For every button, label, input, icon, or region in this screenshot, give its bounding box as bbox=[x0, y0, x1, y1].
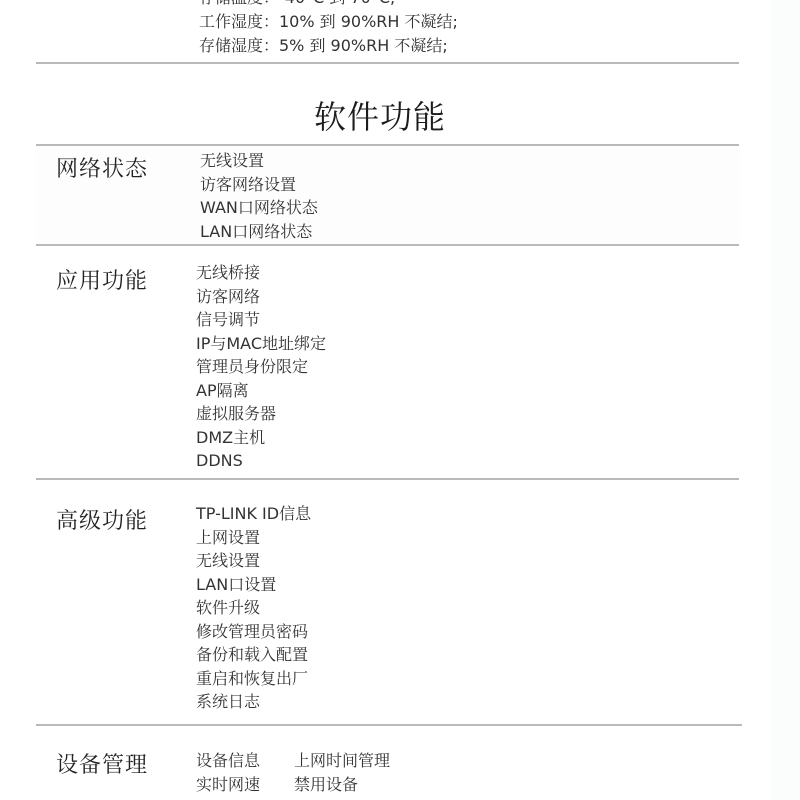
section-network-status: 网络状态 无线设置 访客网络设置 WAN口网络状态 LAN口网络状态 bbox=[36, 146, 740, 244]
section-label: 应用功能 bbox=[56, 264, 148, 295]
list-item: 无线设置 bbox=[196, 549, 311, 573]
section-label: 设备管理 bbox=[56, 748, 148, 779]
section-label: 高级功能 bbox=[56, 504, 148, 535]
page-heading: 软件功能 bbox=[0, 92, 760, 138]
list-item: 设备信息 bbox=[196, 749, 294, 773]
list-item: LAN口设置 bbox=[196, 573, 311, 597]
list-item: 管理员身份限定 bbox=[196, 355, 326, 379]
list-item: 无线设置 bbox=[200, 149, 318, 173]
spec-operating-humidity: 工作湿度：10% 到 90%RH 不凝结; bbox=[199, 10, 458, 34]
list-item: LAN口网络状态 bbox=[200, 220, 318, 244]
divider bbox=[36, 62, 739, 64]
section-device-management: 设备管理 设备信息 上网时间管理 实时网速 禁用设备 bbox=[36, 726, 740, 800]
section-items: 无线设置 访客网络设置 WAN口网络状态 LAN口网络状态 bbox=[200, 149, 318, 243]
list-item: 实时网速 bbox=[196, 773, 294, 797]
list-item: 上网时间管理 bbox=[294, 749, 390, 773]
environment-specs: 存储温度：-40°C 到 70°C; 工作湿度：10% 到 90%RH 不凝结;… bbox=[199, 0, 458, 58]
section-items: 设备信息 上网时间管理 实时网速 禁用设备 bbox=[196, 749, 390, 796]
list-item: WAN口网络状态 bbox=[200, 196, 318, 220]
list-item: TP-LINK ID信息 bbox=[196, 502, 311, 526]
section-items: 无线桥接 访客网络 信号调节 IP与MAC地址绑定 管理员身份限定 AP隔离 虚… bbox=[196, 261, 326, 473]
list-item: 禁用设备 bbox=[294, 773, 390, 797]
list-item: 虚拟服务器 bbox=[196, 402, 326, 426]
list-item: 软件升级 bbox=[196, 596, 311, 620]
list-item: 无线桥接 bbox=[196, 261, 326, 285]
list-item: 系统日志 bbox=[196, 690, 311, 714]
list-item: DMZ主机 bbox=[196, 426, 326, 450]
list-item: DDNS bbox=[196, 449, 326, 473]
spec-storage-temperature: 存储温度：-40°C 到 70°C; bbox=[199, 0, 458, 10]
list-item: 重启和恢复出厂 bbox=[196, 667, 311, 691]
list-item: 备份和载入配置 bbox=[196, 643, 311, 667]
section-items: TP-LINK ID信息 上网设置 无线设置 LAN口设置 软件升级 修改管理员… bbox=[196, 502, 311, 714]
list-item: 上网设置 bbox=[196, 526, 311, 550]
section-advanced-features: 高级功能 TP-LINK ID信息 上网设置 无线设置 LAN口设置 软件升级 … bbox=[36, 480, 740, 724]
right-margin-band bbox=[770, 0, 800, 800]
list-item: 信号调节 bbox=[196, 308, 326, 332]
list-item: 修改管理员密码 bbox=[196, 620, 311, 644]
section-label: 网络状态 bbox=[56, 152, 148, 183]
spec-storage-humidity: 存储湿度：5% 到 90%RH 不凝结; bbox=[199, 34, 458, 58]
list-item: 访客网络 bbox=[196, 285, 326, 309]
list-item: 访客网络设置 bbox=[200, 173, 318, 197]
list-item: IP与MAC地址绑定 bbox=[196, 332, 326, 356]
section-application-features: 应用功能 无线桥接 访客网络 信号调节 IP与MAC地址绑定 管理员身份限定 A… bbox=[36, 246, 740, 478]
list-item: AP隔离 bbox=[196, 379, 326, 403]
